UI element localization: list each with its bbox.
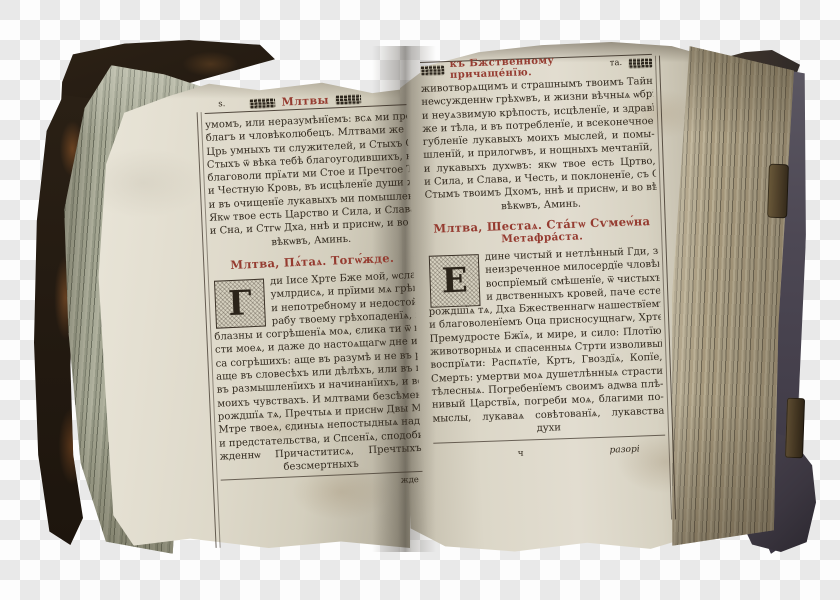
ornament-icon xyxy=(335,94,361,105)
drop-cap-initial: Е xyxy=(429,254,481,308)
transparency-checkerboard-background: { "colors":{ "accent_red":"#953b30","ink… xyxy=(0,0,840,600)
folio-number: та. xyxy=(610,58,623,68)
folio-number: ѕ. xyxy=(218,99,226,109)
book-clasp-remnant-icon xyxy=(785,398,805,459)
catchword: разорі xyxy=(609,445,639,456)
quire-signature: ч xyxy=(518,449,524,459)
ornament-icon xyxy=(420,65,444,76)
book-clasp-icon xyxy=(767,164,789,219)
prayer-paragraph: Г ди Іисе Хрте Бже мой, ѡслаби, ѡстави,у… xyxy=(212,269,423,477)
ornament-icon xyxy=(249,97,275,108)
ornament-icon xyxy=(628,57,652,68)
drop-cap-initial: Г xyxy=(214,279,266,329)
prayer-paragraph: умомъ, или неразумѣнїемъ: всѧ ми простиб… xyxy=(205,110,413,252)
right-page-text: къ Бжственному причаще́нїю. та. животвор… xyxy=(420,54,666,466)
running-title: Млтвы xyxy=(281,94,329,109)
right-running-header: къ Бжственному причаще́нїю. та. xyxy=(420,55,652,78)
left-page-text: ѕ. Млтвы умомъ, или неразумѣнїемъ: всѧ м… xyxy=(204,89,423,494)
prayer-paragraph: Е дине чистый и нетлѣнный Гди, занеизреч… xyxy=(427,245,665,439)
prayer-paragraph: животворѧщимъ и страшнымъ твоимъ Тайнамъ… xyxy=(421,75,657,216)
